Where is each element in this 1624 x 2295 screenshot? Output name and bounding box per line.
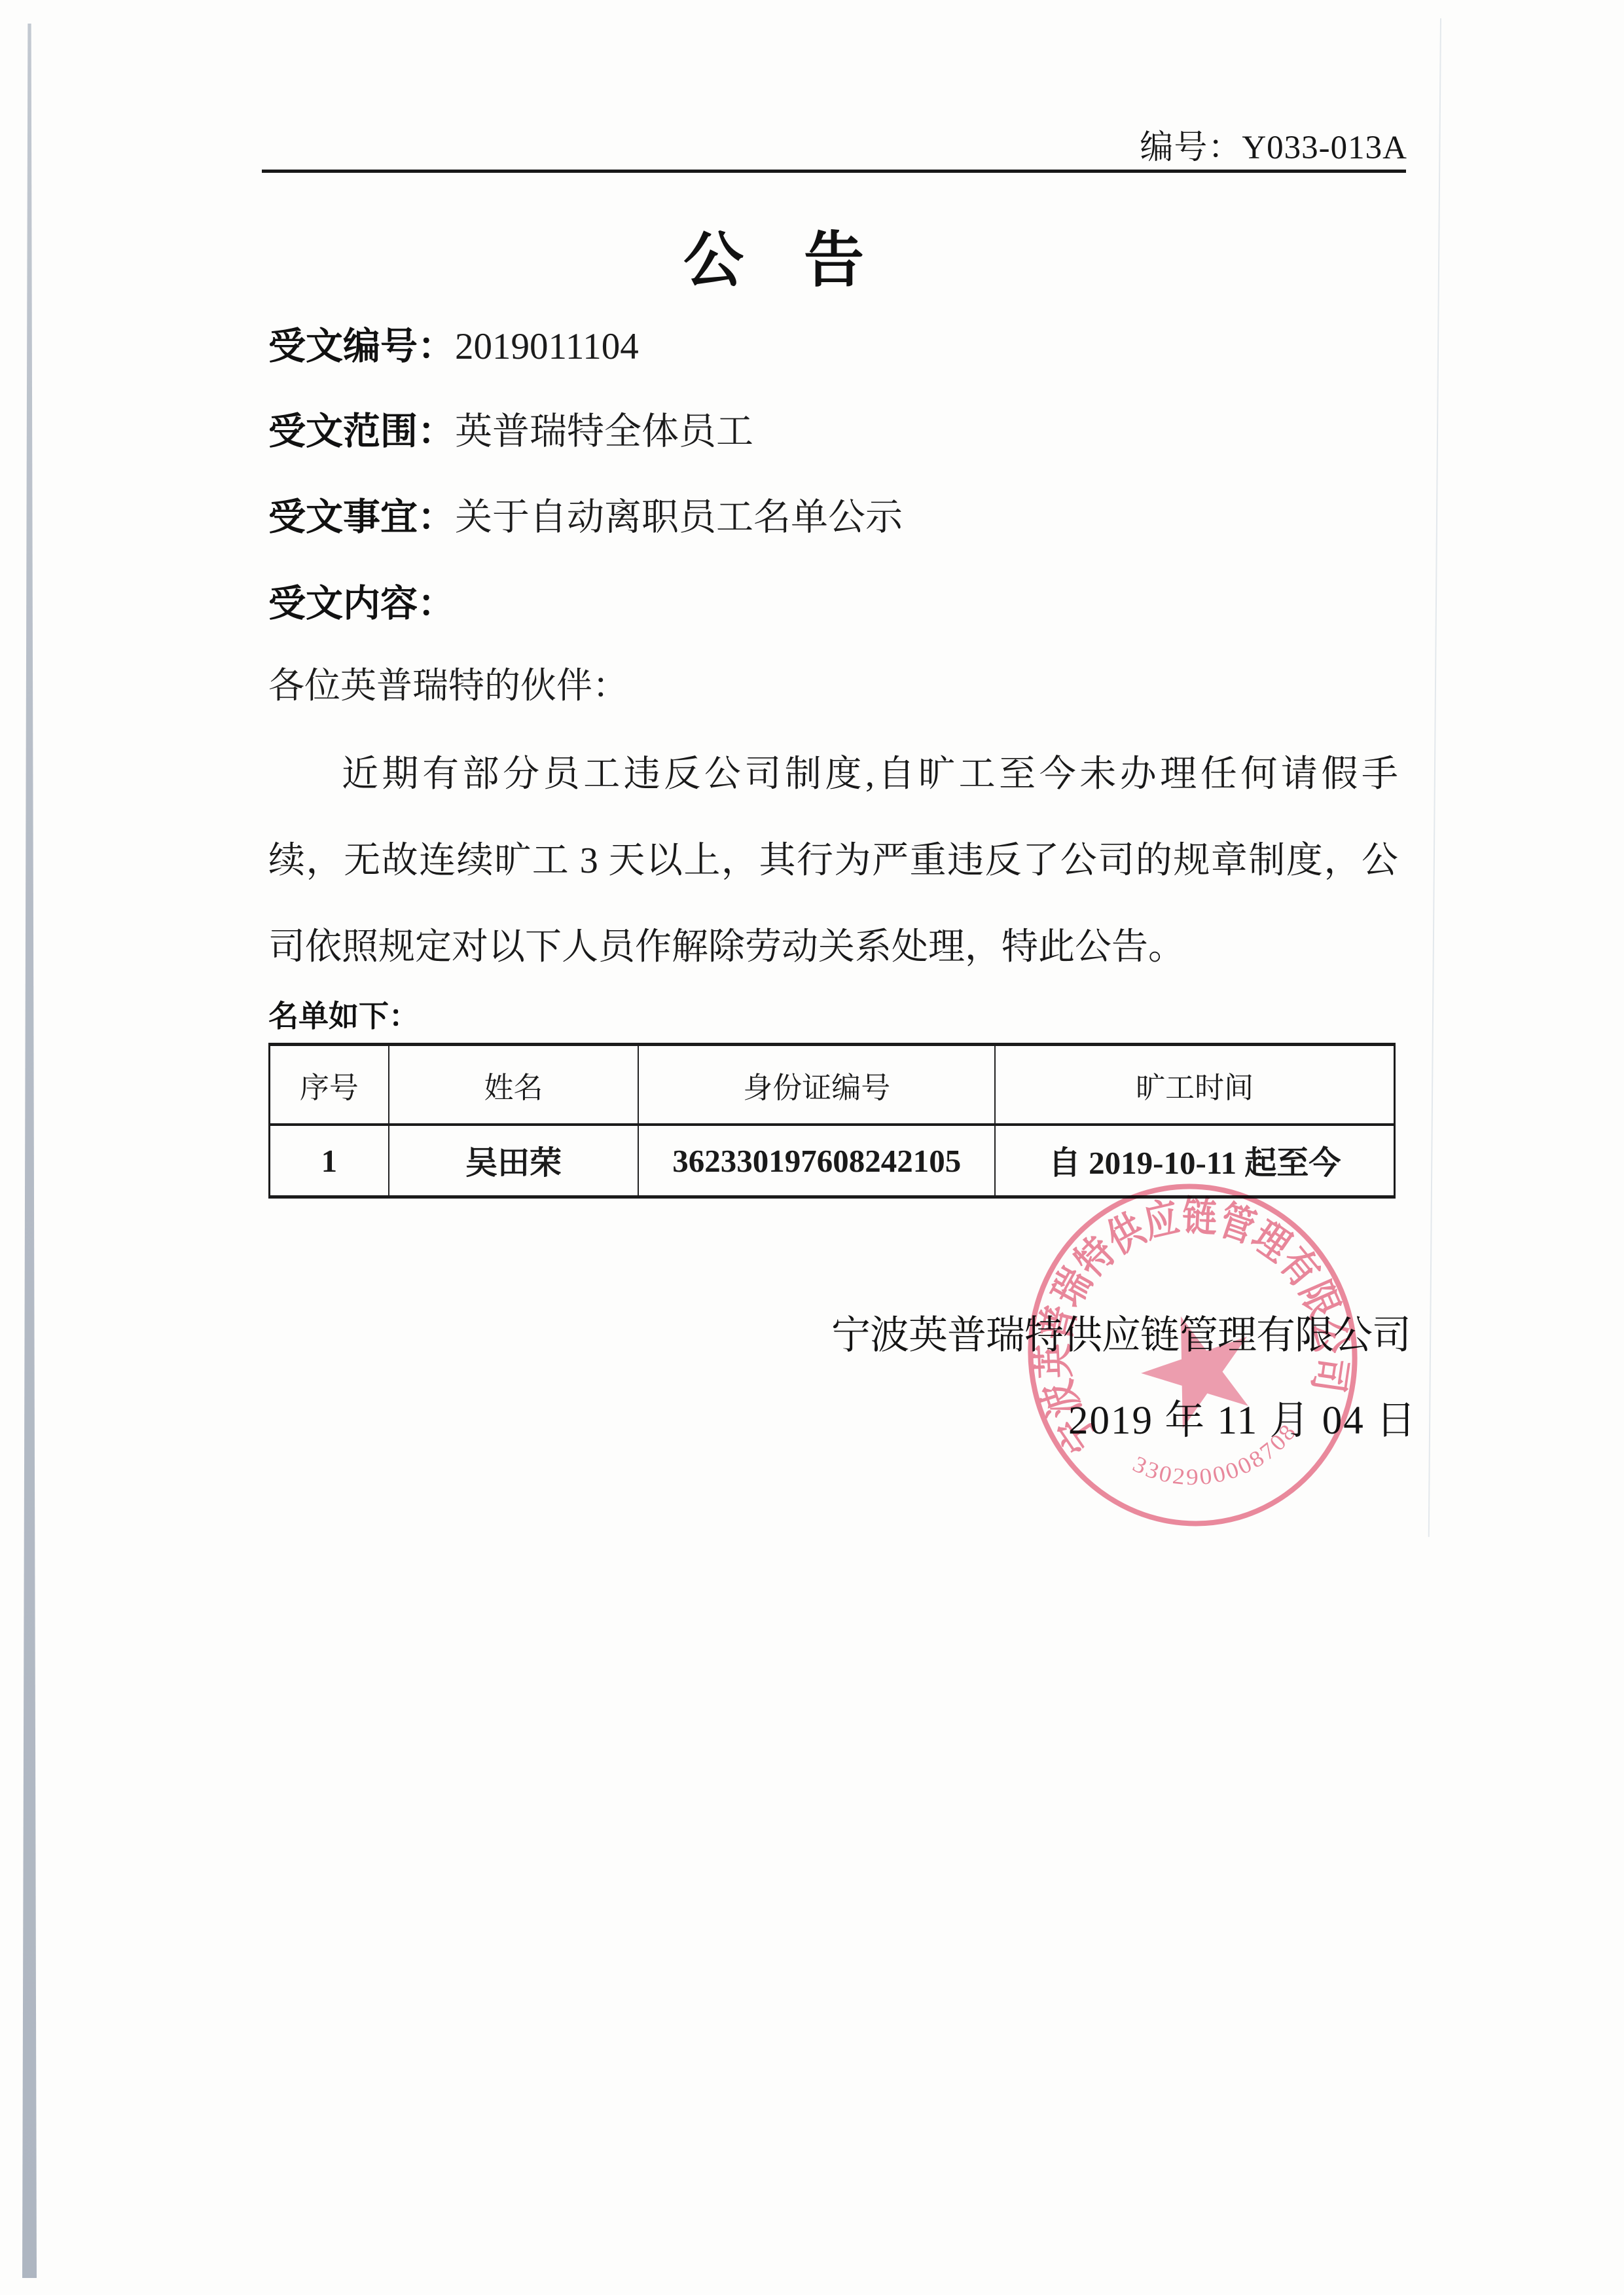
dismissed-employee-table: 序号 姓名 身份证编号 旷工时间 1 吴田荣 36233019760824210… bbox=[268, 1043, 1396, 1199]
body-paragraph-line-1: 近期有部分员工违反公司制度,自旷工至今未办理任何请假手 bbox=[268, 745, 1398, 797]
paper-crease-line bbox=[1428, 18, 1441, 1537]
scanner-edge-artifact bbox=[22, 24, 37, 2278]
meta-value: 2019011104 bbox=[455, 326, 639, 367]
meta-value: 关于自动离职员工名单公示 bbox=[455, 497, 903, 538]
cell-id-number: 362330197608242105 bbox=[638, 1125, 995, 1197]
meta-line-recipient-scope: 受文范围：英普瑞特全体员工 bbox=[268, 401, 1407, 455]
col-header-index: 序号 bbox=[270, 1045, 389, 1125]
meta-label: 受文内容： bbox=[268, 583, 455, 624]
page-title: 公 告 bbox=[577, 212, 970, 298]
doc-number-line: 编号：Y033-013A bbox=[949, 120, 1407, 168]
body-paragraph-line-3: 司依照规定对以下人员作解除劳动关系处理，特此公告。 bbox=[268, 918, 1398, 970]
seal-star-icon bbox=[1128, 1298, 1269, 1436]
col-header-absence-period: 旷工时间 bbox=[995, 1045, 1394, 1125]
seal-ring-text: 宁波英普瑞特供应链管理有限公司 bbox=[1021, 1177, 1365, 1464]
meta-line-recipient-number: 受文编号：2019011104 bbox=[268, 316, 1407, 370]
meta-label: 受文范围： bbox=[268, 411, 455, 452]
cell-index: 1 bbox=[270, 1125, 389, 1197]
salutation: 各位英普瑞特的伙伴： bbox=[268, 657, 628, 708]
svg-text:3302900008708: 3302900008708 bbox=[1125, 1415, 1310, 1506]
list-heading: 名单如下： bbox=[268, 992, 419, 1036]
meta-label: 受文编号： bbox=[268, 326, 455, 367]
doc-number-label: 编号： bbox=[1140, 130, 1242, 166]
header-divider bbox=[262, 170, 1406, 173]
body-paragraph-line-2: 续，无故连续旷工 3 天以上，其行为严重违反了公司的规章制度，公 bbox=[268, 831, 1398, 884]
svg-text:宁波英普瑞特供应链管理有限公司: 宁波英普瑞特供应链管理有限公司 bbox=[1021, 1177, 1365, 1464]
col-header-name: 姓名 bbox=[389, 1045, 639, 1125]
meta-line-content-label: 受文内容： bbox=[268, 573, 1407, 627]
table-header-row: 序号 姓名 身份证编号 旷工时间 bbox=[270, 1045, 1395, 1125]
scanned-announcement-page: 编号：Y033-013A 公 告 受文编号：2019011104 受文范围：英普… bbox=[0, 0, 1624, 2295]
meta-value: 英普瑞特全体员工 bbox=[455, 411, 753, 452]
company-seal-stamp: 宁波英普瑞特供应链管理有限公司 3302900008708 bbox=[1021, 1177, 1365, 1536]
doc-number-value: Y033-013A bbox=[1242, 130, 1407, 166]
col-header-id-number: 身份证编号 bbox=[638, 1045, 995, 1125]
seal-registration-number: 3302900008708 bbox=[1125, 1415, 1310, 1506]
meta-line-subject: 受文事宜：关于自动离职员工名单公示 bbox=[268, 487, 1407, 541]
cell-name: 吴田荣 bbox=[389, 1125, 639, 1197]
meta-label: 受文事宜： bbox=[268, 497, 455, 538]
